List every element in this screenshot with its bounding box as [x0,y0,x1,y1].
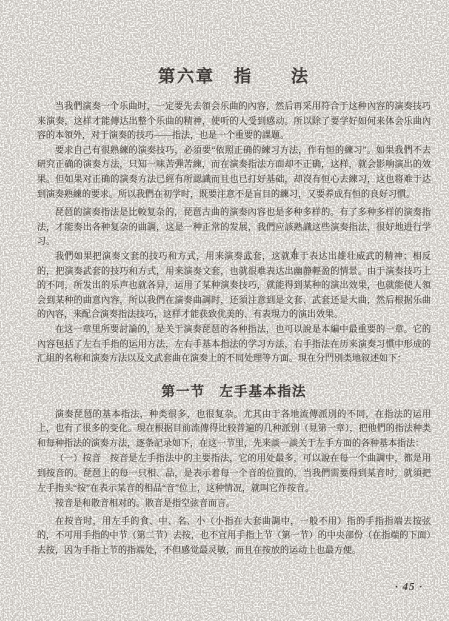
paragraph-1: 当我們演奏一个乐曲时，一定要先去領会乐曲的內容，然后再采用符合于这种內容的演奏技… [37,99,431,143]
section-heading: 第一节 左手基本指法 [37,380,431,400]
page-number: · 45 · [395,581,423,593]
section-paragraph-1: 演奏琵琶的基本指法，种类很多，也很复杂。尤其由于各地流傳派別的不同，在指法的运用… [37,407,431,451]
chapter-heading: 第六章 指 法 [37,62,431,87]
section-paragraph-4: 在按音时，用左手的食、中、名、小（小指在大套曲調中，一般不用）指的手指指端去按弦… [37,514,431,558]
paragraph-4: 我們如果把演奏文套的技巧和方式，用来演奏武套，这就难于表达出雄壮威武的精神；相反… [37,249,431,322]
paragraph-5: 在这一章里所要討論的，是关于演奏琵琶的各种指法，也可以說是本編中最重要的一章。它… [37,322,431,366]
scanned-book-page: 第六章 指 法 当我們演奏一个乐曲时，一定要先去領会乐曲的內容，然后再采用符合于… [0,0,449,621]
paragraph-2: 要求自己有很熟練的演奏技巧，必須要“依照正确的練习方法，作有恒的練习”。如果我們… [37,143,431,201]
text-column: 第六章 指 法 当我們演奏一个乐曲时，一定要先去領会乐曲的內容，然后再采用符合于… [37,0,431,558]
section-paragraph-3: 按音是和散音相对的。散音是指空弦音而言。 [37,496,431,511]
section-paragraph-2: （一）按音 按音是左手指法中的主要指法，它的用处最多，可以說在每一个曲調中，都是… [37,451,431,495]
paragraph-3: 琵琶的演奏指法是比較复杂的，琵琶古曲的演奏內容也是多种多样的。有了多种多样的演奏… [37,205,431,249]
